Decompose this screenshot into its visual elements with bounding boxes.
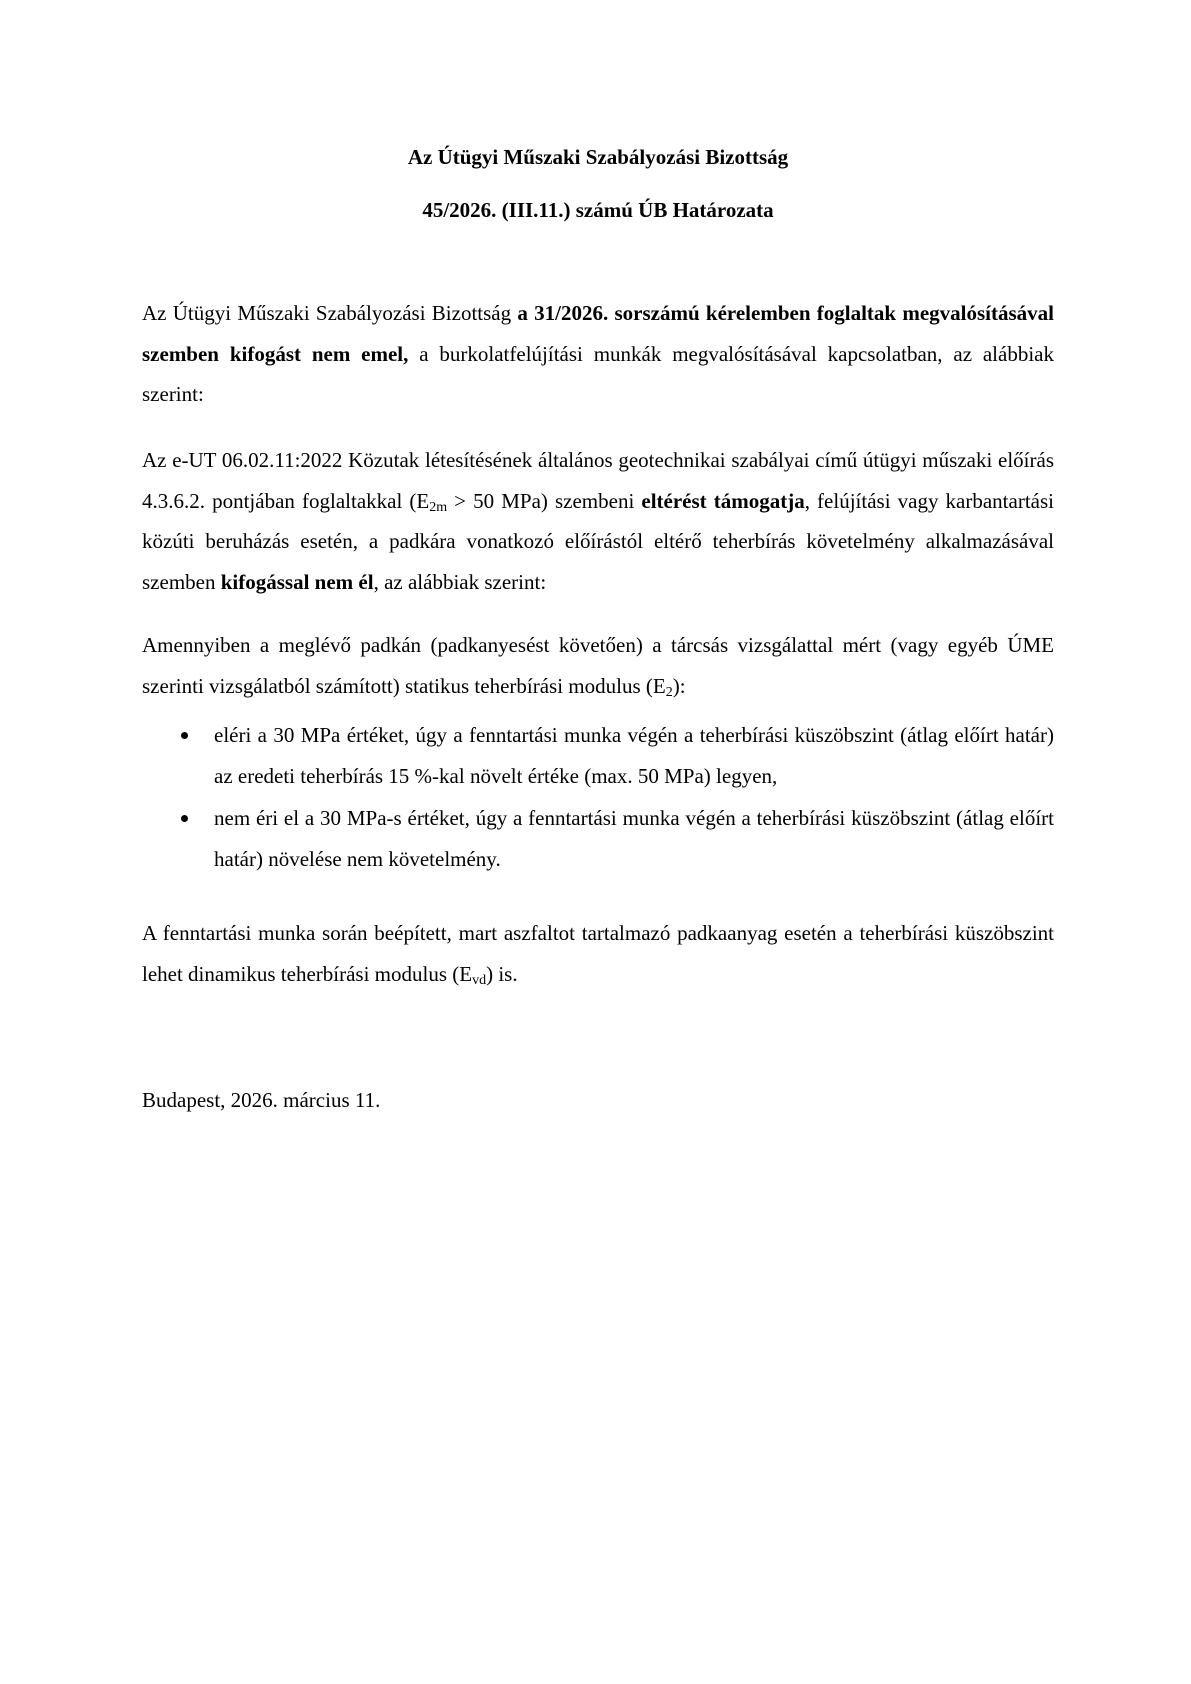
subscript-2m: 2m [429,500,447,515]
paragraph-decision-text-1: Az Útügyi Műszaki Szabályozási Bizottság [142,301,517,325]
paragraph-condition: Amennyiben a meglévő padkán (padkanyesés… [142,625,1054,706]
paragraph-deviation: Az e-UT 06.02.11:2022 Közutak létesítésé… [142,440,1054,602]
paragraph-deviation-bold-1: eltérést támogatja [641,489,804,513]
paragraph-condition-text-1: Amennyiben a meglévő padkán (padkanyesés… [142,633,1054,698]
bullet-item: nem éri el a 30 MPa-s értéket, úgy a fen… [142,798,1054,879]
bullet-item-text: eléri a 30 MPa értéket, úgy a fenntartás… [214,723,1054,788]
paragraph-milled-asphalt: A fenntartási munka során beépített, mar… [142,913,1054,994]
bullet-item: eléri a 30 MPa értéket, úgy a fenntartás… [142,715,1054,796]
subscript-2: 2 [666,685,673,700]
paragraph-deviation-text-4: , az alábbiak szerint: [374,570,547,594]
paragraph-decision: Az Útügyi Műszaki Szabályozási Bizottság… [142,293,1054,415]
subscript-vd: vd [472,973,486,988]
bullet-item-text: nem éri el a 30 MPa-s értéket, úgy a fen… [214,806,1054,871]
document-title-resolution-number: 45/2026. (III.11.) számú ÚB Határozata [142,197,1054,223]
paragraph-milled-asphalt-text-2: ) is. [486,962,518,986]
condition-bullet-list: eléri a 30 MPa értéket, úgy a fenntartás… [142,715,1054,881]
bullet-dot-icon [181,732,188,739]
bullet-dot-icon [181,815,188,822]
paragraph-condition-text-2: ): [673,674,686,698]
paragraph-deviation-bold-2: kifogással nem él [221,570,374,594]
paragraph-deviation-text-2: > 50 MPa) szembeni [447,489,641,513]
document-title-issuer: Az Útügyi Műszaki Szabályozási Bizottság [142,144,1054,170]
place-and-date: Budapest, 2026. március 11. [142,1087,380,1113]
paragraph-milled-asphalt-text-1: A fenntartási munka során beépített, mar… [142,921,1054,986]
